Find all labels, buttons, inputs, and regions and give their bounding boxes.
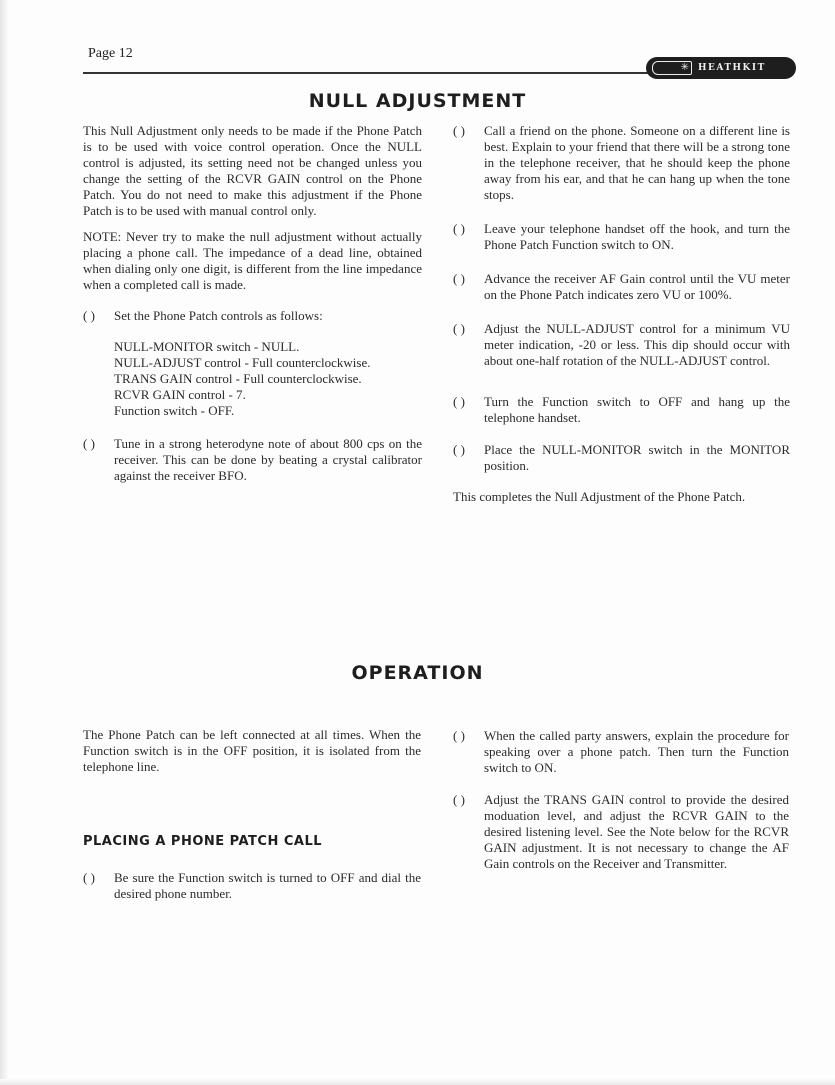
step-checkbox[interactable]: ( ) [83,870,114,902]
checklist-step: ( ) Be sure the Function switch is turne… [83,870,421,902]
setting-item: Function switch - OFF. [114,403,422,419]
step-text: Tune in a strong heterodyne note of abou… [114,436,422,484]
step-checkbox[interactable]: ( ) [453,442,484,474]
checklist-step: ( ) Leave your telephone handset off the… [453,221,790,253]
setting-item: TRANS GAIN control - Full counterclockwi… [114,371,422,387]
checklist-step: ( ) Call a friend on the phone. Someone … [453,123,790,203]
page-bottom-shadow [0,1079,835,1085]
step-text: Adjust the TRANS GAIN control to provide… [484,792,789,872]
operation-right-column: ( ) When the called party answers, expla… [453,728,789,872]
step-checkbox[interactable]: ( ) [453,221,484,253]
checklist-step: ( ) Place the NULL-MONITOR switch in the… [453,442,790,474]
checklist-step: ( ) Adjust the NULL-ADJUST control for a… [453,321,790,369]
setting-item: NULL-MONITOR switch - NULL. [114,339,422,355]
step-checkbox[interactable]: ( ) [453,728,484,776]
subheading-placing-call: PLACING A PHONE PATCH CALL [83,834,322,849]
step-text: Place the NULL-MONITOR switch in the MON… [484,442,790,474]
atom-icon: ✳ [681,63,689,73]
section-title-null-adjustment: NULL ADJUSTMENT [0,90,835,112]
operation-intro: The Phone Patch can be left connected at… [83,727,421,775]
step-checkbox[interactable]: ( ) [453,792,484,872]
operation-left-steps: ( ) Be sure the Function switch is turne… [83,870,421,902]
step-text: Turn the Function switch to OFF and hang… [484,394,790,426]
step-checkbox[interactable]: ( ) [453,123,484,203]
step-text: Call a friend on the phone. Someone on a… [484,123,790,203]
control-settings-list: NULL-MONITOR switch - NULL. NULL-ADJUST … [114,339,422,419]
checklist-step: ( ) Turn the Function switch to OFF and … [453,394,790,426]
logo-text: HEATHKIT [698,63,766,73]
step-text: Leave your telephone handset off the hoo… [484,221,790,253]
step-text: Be sure the Function switch is turned to… [114,870,421,902]
operation-left-column: The Phone Patch can be left connected at… [83,727,421,775]
page-edge-shadow [0,0,8,1085]
heathkit-logo: ✳ HEATHKIT [646,57,796,79]
step-text: Adjust the NULL-ADJUST control for a min… [484,321,790,369]
null-note: NOTE: Never try to make the null adjustm… [83,229,422,293]
setting-item: NULL-ADJUST control - Full counterclockw… [114,355,422,371]
setting-item: RCVR GAIN control - 7. [114,387,422,403]
step-text: Advance the receiver AF Gain control unt… [484,271,790,303]
null-closing: This completes the Null Adjustment of th… [453,489,790,505]
step-checkbox[interactable]: ( ) [453,394,484,426]
checklist-step: ( ) Advance the receiver AF Gain control… [453,271,790,303]
header-rule [83,72,655,74]
step-checkbox[interactable]: ( ) [83,436,114,484]
checklist-step: ( ) Set the Phone Patch controls as foll… [83,308,422,324]
checklist-step: ( ) Tune in a strong heterodyne note of … [83,436,422,484]
step-checkbox[interactable]: ( ) [83,308,114,324]
checklist-step: ( ) Adjust the TRANS GAIN control to pro… [453,792,789,872]
null-right-column: ( ) Call a friend on the phone. Someone … [453,123,790,505]
null-intro: This Null Adjustment only needs to be ma… [83,123,422,219]
step-checkbox[interactable]: ( ) [453,271,484,303]
null-left-column: This Null Adjustment only needs to be ma… [83,123,422,484]
section-title-operation: OPERATION [0,662,835,684]
logo-emblem: ✳ [652,61,692,75]
step-checkbox[interactable]: ( ) [453,321,484,369]
step-text: When the called party answers, explain t… [484,728,789,776]
checklist-step: ( ) When the called party answers, expla… [453,728,789,776]
step-text: Set the Phone Patch controls as follows: [114,308,422,324]
page-number: Page 12 [88,46,133,62]
